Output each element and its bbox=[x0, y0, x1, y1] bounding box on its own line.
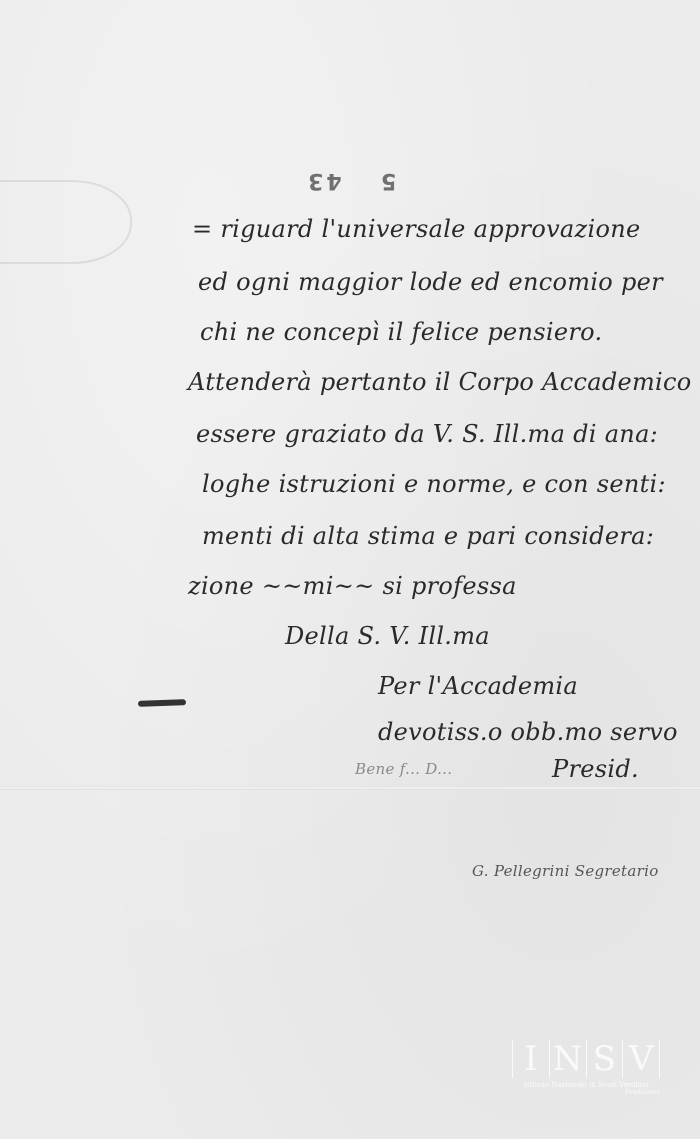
text-line-6: loghe istruzioni e norme, e con senti: bbox=[202, 470, 666, 498]
text-line-5: essere graziato da V. S. Ill.ma di ana: bbox=[196, 420, 658, 448]
insv-watermark: I N S V Istituto Nazionale di Studi Verd… bbox=[512, 1040, 660, 1110]
watermark-letter: I bbox=[513, 1040, 550, 1078]
faint-signature-line: Bene f... D... bbox=[355, 760, 452, 778]
paper-fold bbox=[0, 786, 700, 790]
watermark-subtitle: Istituto Nazionale di Studi Verdiani bbox=[512, 1081, 660, 1089]
watermark-letter: V bbox=[623, 1040, 659, 1078]
watermark-subtitle-2: Fondazione bbox=[512, 1089, 660, 1096]
signature-line-1: Per l'Accademia bbox=[378, 672, 578, 700]
folio-number-secondary: 5 bbox=[378, 168, 396, 193]
text-line-1: = riguard l'universale approvazione bbox=[192, 215, 640, 243]
text-line-8: zione ~~mi~~ si professa bbox=[188, 572, 517, 600]
secretary-annotation: G. Pellegrini Segretario bbox=[472, 862, 659, 880]
library-stamp bbox=[0, 180, 132, 264]
watermark-letter: S bbox=[587, 1040, 624, 1078]
signature-line-2: devotiss.o obb.mo servo bbox=[378, 718, 678, 746]
text-line-3: chi ne concepì il felice pensiero. bbox=[200, 318, 602, 346]
watermark-letter: N bbox=[550, 1040, 587, 1078]
folio-number: 43 bbox=[305, 168, 342, 193]
president-signature: Presid. bbox=[552, 755, 639, 783]
text-line-4: Attenderà pertanto il Corpo Accademico d… bbox=[188, 368, 700, 396]
document-page: 43 5 = riguard l'universale approvazione… bbox=[0, 0, 700, 1139]
text-line-7: menti di alta stima e pari considera: bbox=[202, 522, 654, 550]
closing-salutation: Della S. V. Ill.ma bbox=[285, 622, 490, 650]
text-line-2: ed ogni maggior lode ed encomio per bbox=[198, 268, 663, 296]
watermark-letters: I N S V bbox=[512, 1040, 660, 1078]
ink-mark bbox=[138, 699, 186, 707]
